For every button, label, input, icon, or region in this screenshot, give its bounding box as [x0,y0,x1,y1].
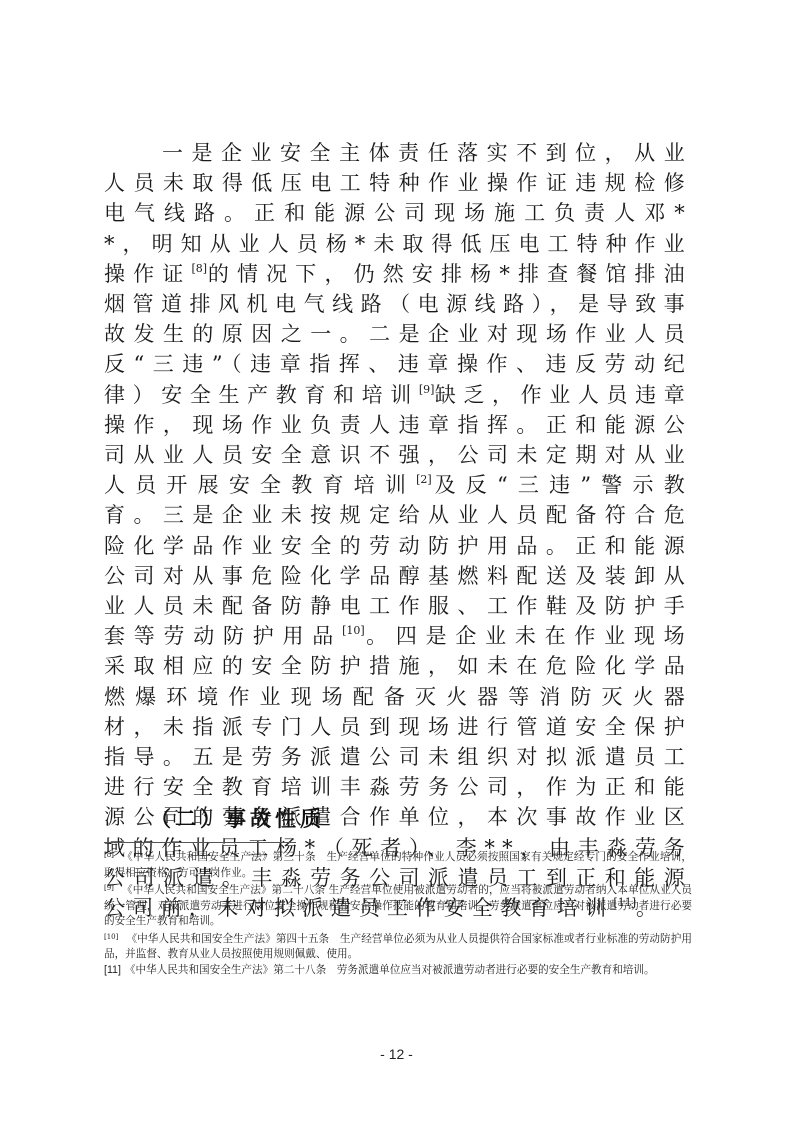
footnote-text: 《中华人民共和国安全生产法》第三十条 生产经营单位的特种作业人员必须按照国家有关… [104,851,692,879]
document-page: 一是企业安全主体责任落实不到位，从业人员未取得低压电工特种作业操作证违规检修电气… [0,0,793,1122]
footnote-mark: [10] [104,933,118,941]
footnote-text: 《中华人民共和国安全生产法》第二十八条 生产经营单位使用被派遣劳动者的，应当将被… [104,884,692,927]
footnote-text: 《中华人民共和国安全生产法》第二十八条 劳务派遣单位应当对被派遣劳动者进行必要的… [125,964,655,976]
footnote-ref-2[interactable]: [2] [416,473,432,486]
footnote-separator [104,842,296,843]
footnote-mark: [8] [104,851,114,859]
footnote-11: [11]《中华人民共和国安全生产法》第二十八条 劳务派遣单位应当对被派遣劳动者进… [104,963,692,979]
footnote-9: [9]《中华人民共和国安全生产法》第二十八条 生产经营单位使用被派遣劳动者的，应… [104,881,692,930]
body-text-segment: 及反“三违”警示教育。三是企业未按规定给从业人员配备符合危险化学品作业安全的劳动… [104,473,692,648]
footnotes: [8]《中华人民共和国安全生产法》第三十条 生产经营单位的特种作业人员必须按照国… [104,848,692,978]
footnote-ref-9[interactable]: [9] [419,383,435,396]
page-number: - 12 - [0,1046,793,1062]
footnote-8: [8]《中华人民共和国安全生产法》第三十条 生产经营单位的特种作业人员必须按照国… [104,848,692,881]
footnote-ref-10[interactable]: [10] [342,624,365,637]
footnote-ref-8[interactable]: [8] [191,262,207,275]
section-heading: （二）事故性质 [150,803,325,833]
footnote-mark: [11] [104,964,121,976]
footnote-mark: [9] [104,884,114,892]
footnote-text: 《中华人民共和国安全生产法》第四十五条 生产经营单位必须为从业人员提供符合国家标… [104,933,692,961]
footnote-10: [10]《中华人民共和国安全生产法》第四十五条 生产经营单位必须为从业人员提供符… [104,930,692,963]
